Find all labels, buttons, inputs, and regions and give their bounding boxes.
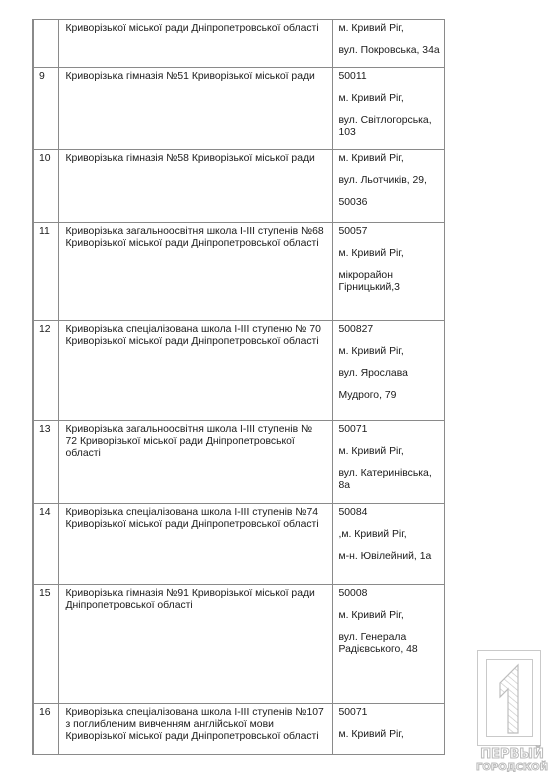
row-number: 11 [33, 223, 58, 321]
school-address: 500827м. Кривий Ріг,вул. ЯрославаМудрого… [332, 321, 444, 421]
school-address: м. Кривий Ріг,вул. Покровська, 34а [332, 20, 444, 68]
logo-text-line2: ГОРОДСКОЙ [475, 762, 549, 773]
row-number: 15 [33, 585, 58, 704]
table-row: 14Криворізька спеціалізована школа І-ІІІ… [33, 504, 444, 585]
address-line: м. Кривий Ріг, [339, 23, 442, 35]
school-name-text: Криворізька спеціалізована школа І-ІІІ с… [66, 707, 326, 743]
address-line: вул. Катеринівська, 8а [339, 468, 442, 492]
row-number: 14 [33, 504, 58, 585]
table-row: 10Криворізька гімназія №58 Криворізької … [33, 150, 444, 223]
school-name: Криворізька гімназія №58 Криворізької мі… [58, 150, 332, 223]
address-line: вул. Світлогорська, 103 [339, 115, 442, 139]
table-row: 16Криворізька спеціалізована школа І-ІІІ… [33, 704, 444, 755]
school-name-text: Криворізької міської ради Дніпропетровсь… [66, 23, 326, 35]
address-line: 500827 [339, 324, 442, 336]
address-line: м. Кривий Ріг, [339, 248, 442, 260]
address-line: м. Кривий Ріг, [339, 346, 442, 358]
school-name-text: Криворізька спеціалізована школа І-ІІІ с… [66, 324, 326, 348]
school-address: 50008м. Кривий Ріг,вул. Генерала Радієвс… [332, 585, 444, 704]
address-line: вул. Льотчиків, 29, [339, 175, 442, 187]
address-line: м-н. Ювілейний, 1а [339, 551, 442, 563]
address-line: 50057 [339, 226, 442, 238]
school-address: 50057м. Кривий Ріг,мікрорайон Гірницький… [332, 223, 444, 321]
school-name-text: Криворізька загальноосвітня школа І-ІІІ … [66, 424, 326, 460]
row-number: 10 [33, 150, 58, 223]
address-line: м. Кривий Ріг, [339, 153, 442, 165]
address-line: 50036 [339, 197, 442, 209]
schools-table: Криворізької міської ради Дніпропетровсь… [32, 19, 445, 755]
watermark-logo: ПЕРВЫЙ ГОРОДСКОЙ [475, 650, 549, 778]
school-name: Криворізька гімназія №51 Криворізької мі… [58, 68, 332, 150]
school-name-text: Криворізька спеціалізована школа І-ІІІ с… [66, 507, 326, 531]
school-name: Криворізька спеціалізована школа І-ІІІ с… [58, 504, 332, 585]
school-name-text: Криворізька гімназія №58 Криворізької мі… [66, 153, 326, 165]
school-name: Криворізька спеціалізована школа І-ІІІ с… [58, 321, 332, 421]
table-row: 11Криворізька загальноосвітня школа І-ІІ… [33, 223, 444, 321]
school-address: 50084,м. Кривий Ріг,м-н. Ювілейний, 1а [332, 504, 444, 585]
address-line: 50071 [339, 707, 442, 719]
school-name-text: Криворізька гімназія №91 Криворізької мі… [66, 588, 326, 612]
numeral-one-logo-icon [478, 651, 542, 747]
address-line: м. Кривий Ріг, [339, 729, 442, 741]
table-row: 9Криворізька гімназія №51 Криворізької м… [33, 68, 444, 150]
school-address: 50011м. Кривий Ріг,вул. Світлогорська, 1… [332, 68, 444, 150]
address-line: вул. Покровська, 34а [339, 45, 442, 57]
address-line: 50084 [339, 507, 442, 519]
table-row: 15Криворізька гімназія №91 Криворізької … [33, 585, 444, 704]
address-line: ,м. Кривий Ріг, [339, 529, 442, 541]
table-row: 13Криворізька загальноосвітня школа І-ІІ… [33, 421, 444, 504]
address-line: 50011 [339, 71, 442, 83]
school-name: Криворізька спеціалізована школа І-ІІІ с… [58, 704, 332, 755]
row-number: 16 [33, 704, 58, 755]
address-line: Мудрого, 79 [339, 390, 442, 402]
school-address: м. Кривий Ріг,вул. Льотчиків, 29,50036 [332, 150, 444, 223]
table-row: 12Криворізька спеціалізована школа І-ІІІ… [33, 321, 444, 421]
address-line: вул. Ярослава [339, 368, 442, 380]
school-name: Криворізька загальноосвітня школа І-ІІІ … [58, 223, 332, 321]
address-line: 50071 [339, 424, 442, 436]
school-address: 50071м. Кривий Ріг, [332, 704, 444, 755]
school-name: Криворізької міської ради Дніпропетровсь… [58, 20, 332, 68]
school-name: Криворізька загальноосвітня школа І-ІІІ … [58, 421, 332, 504]
row-number: 13 [33, 421, 58, 504]
logo-text-line1: ПЕРВЫЙ [475, 747, 549, 762]
table-row: Криворізької міської ради Дніпропетровсь… [33, 20, 444, 68]
address-line: мікрорайон Гірницький,3 [339, 270, 442, 294]
address-line: м. Кривий Ріг, [339, 446, 442, 458]
row-number: 9 [33, 68, 58, 150]
address-line: 50008 [339, 588, 442, 600]
school-address: 50071м. Кривий Ріг,вул. Катеринівська, 8… [332, 421, 444, 504]
school-name: Криворізька гімназія №91 Криворізької мі… [58, 585, 332, 704]
school-name-text: Криворізька загальноосвітня школа І-ІІІ … [66, 226, 326, 250]
address-line: м. Кривий Ріг, [339, 610, 442, 622]
logo-frame [477, 650, 541, 746]
address-line: м. Кривий Ріг, [339, 93, 442, 105]
address-line: вул. Генерала Радієвського, 48 [339, 632, 442, 656]
document-page: Криворізької міської ради Дніпропетровсь… [0, 0, 552, 780]
row-number: 12 [33, 321, 58, 421]
school-name-text: Криворізька гімназія №51 Криворізької мі… [66, 71, 326, 83]
row-number [33, 20, 58, 68]
